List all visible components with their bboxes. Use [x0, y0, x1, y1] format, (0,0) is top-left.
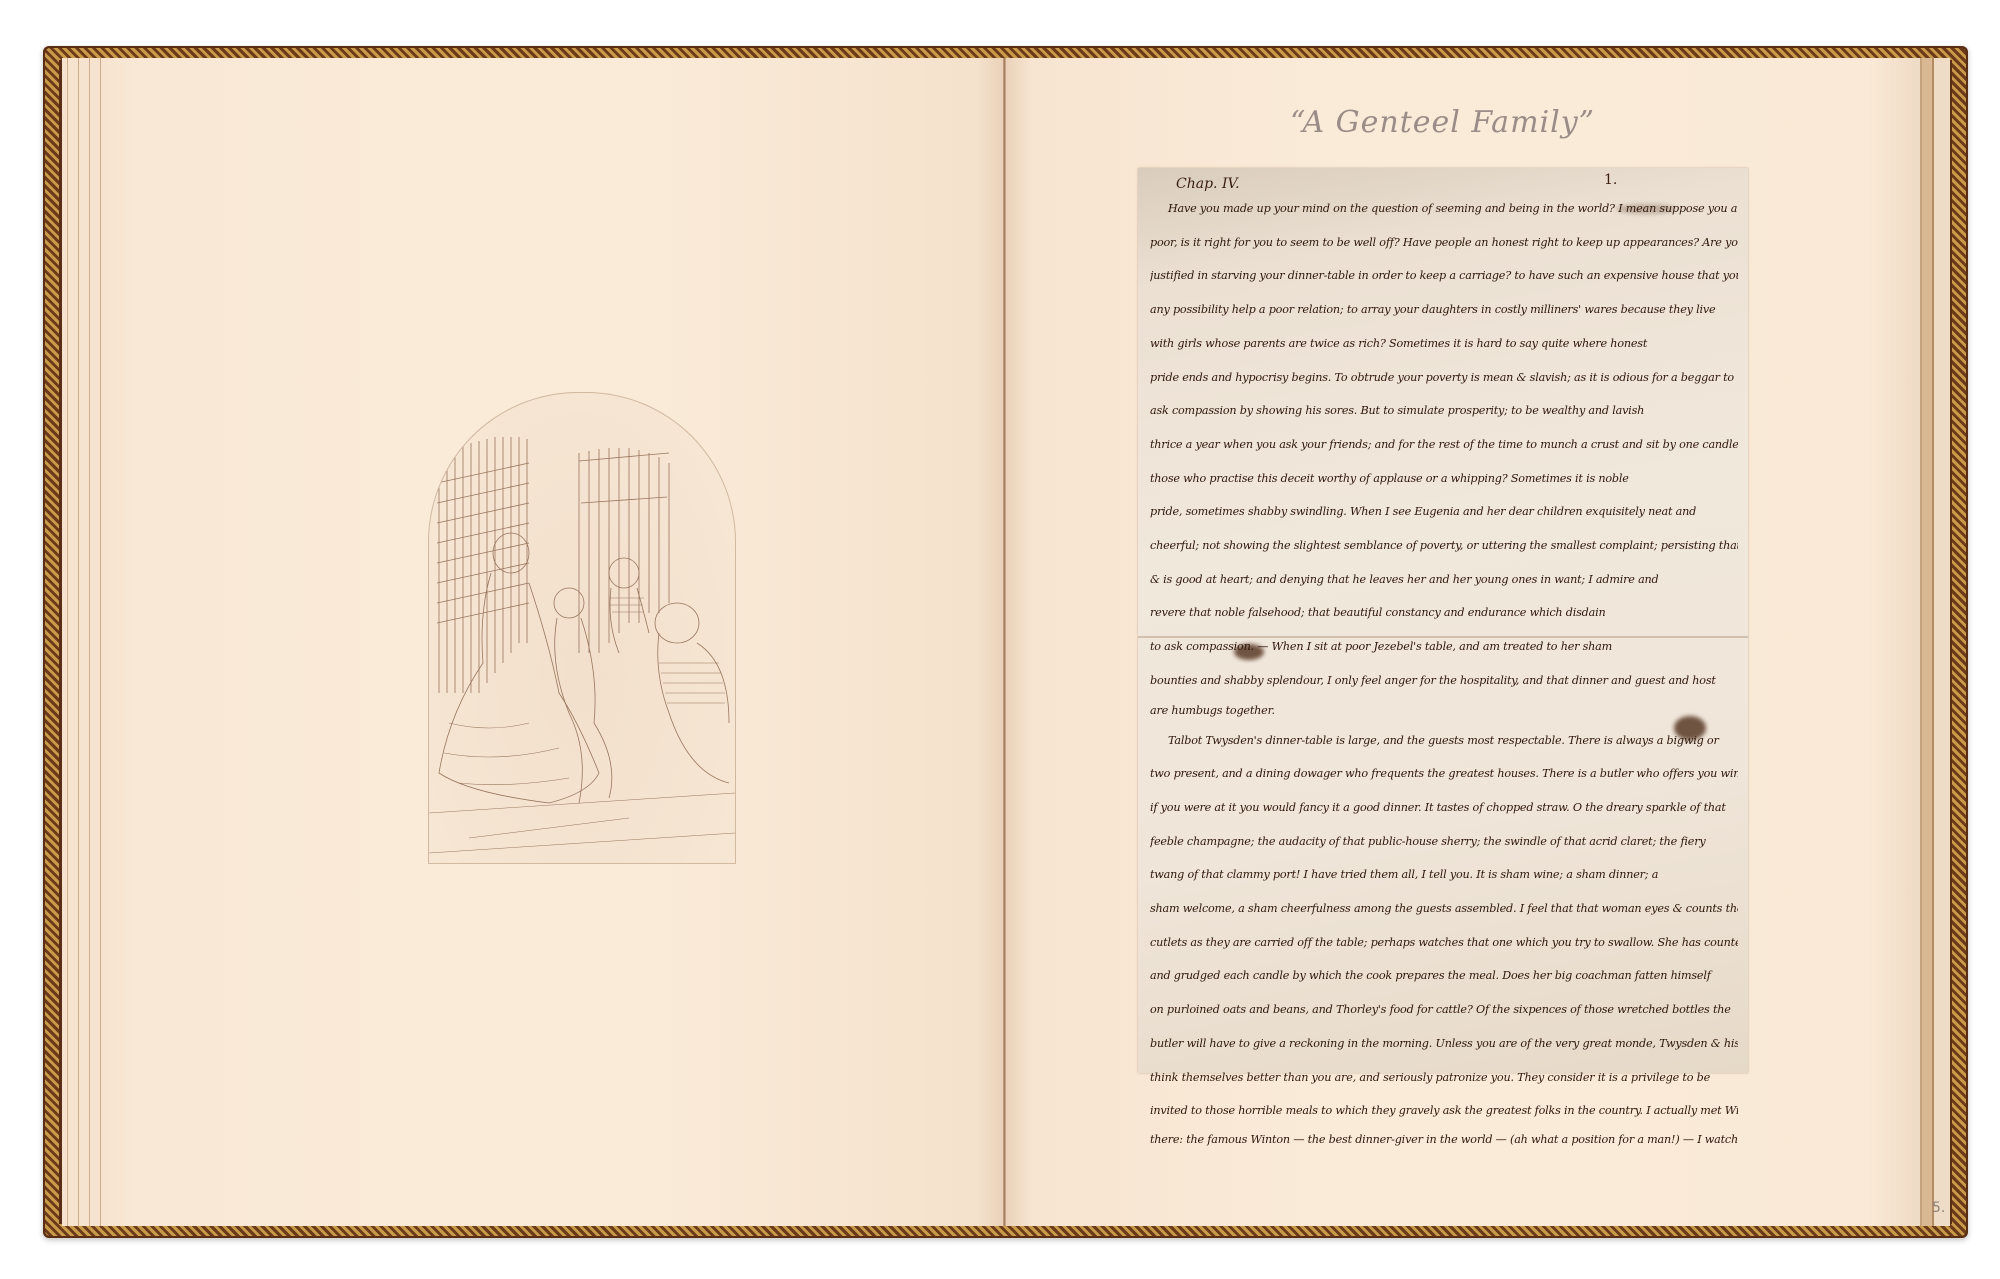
manuscript-line: pride, sometimes shabby swindling. When …	[1150, 495, 1738, 529]
chapter-heading: Chap. IV.	[1176, 176, 1240, 192]
manuscript-line: revere that noble falsehood; that beauti…	[1150, 596, 1738, 630]
manuscript-line: bounties and shabby splendour, I only fe…	[1150, 664, 1738, 698]
manuscript-line: cutlets as they are carried off the tabl…	[1150, 926, 1738, 960]
manuscript-line: ask compassion by showing his sores. But…	[1150, 394, 1738, 428]
manuscript-line: thrice a year when you ask your friends;…	[1150, 428, 1738, 462]
manuscript-line: Have you made up your mind on the questi…	[1150, 192, 1738, 226]
manuscript-line: there: the famous Winton — the best dinn…	[1150, 1128, 1738, 1152]
manuscript-line: pride ends and hypocrisy begins. To obtr…	[1150, 361, 1738, 395]
book-gutter	[1003, 58, 1006, 1226]
manuscript-text: Have you made up your mind on the questi…	[1150, 192, 1738, 1152]
manuscript-line: sham welcome, a sham cheerfulness among …	[1150, 892, 1738, 926]
manuscript-line: Talbot Twysden's dinner-table is large, …	[1150, 724, 1738, 758]
manuscript-line: with girls whose parents are twice as ri…	[1150, 327, 1738, 361]
manuscript-line: if you were at it you would fancy it a g…	[1150, 791, 1738, 825]
illustration-sketch	[428, 392, 736, 864]
manuscript-line: justified in starving your dinner-table …	[1150, 259, 1738, 293]
page-number: 5.	[1932, 1200, 1945, 1216]
right-fore-edge	[1912, 58, 1950, 1226]
manuscript-line: any possibility help a poor relation; to…	[1150, 293, 1738, 327]
manuscript-line: & is good at heart; and denying that he …	[1150, 563, 1738, 597]
manuscript-leaf: Chap. IV. 1. Have you made up your mind …	[1138, 168, 1748, 1073]
manuscript-line: poor, is it right for you to seem to be …	[1150, 226, 1738, 260]
manuscript-line: feeble champagne; the audacity of that p…	[1150, 825, 1738, 859]
manuscript-line: are humbugs together.	[1150, 698, 1738, 724]
manuscript-line: twang of that clammy port! I have tried …	[1150, 858, 1738, 892]
manuscript-line: think themselves better than you are, an…	[1150, 1061, 1738, 1095]
manuscript-line: to ask compassion. — When I sit at poor …	[1150, 630, 1738, 664]
left-fore-edge	[62, 58, 102, 1226]
manuscript-line: cheerful; not showing the slightest semb…	[1150, 529, 1738, 563]
manuscript-line: butler will have to give a reckoning in …	[1150, 1027, 1738, 1061]
manuscript-line: on purloined oats and beans, and Thorley…	[1150, 993, 1738, 1027]
manuscript-line: those who practise this deceit worthy of…	[1150, 462, 1738, 496]
manuscript-line: and grudged each candle by which the coo…	[1150, 959, 1738, 993]
manuscript-line: two present, and a dining dowager who fr…	[1150, 757, 1738, 791]
pencil-title-annotation: “A Genteel Family”	[1290, 105, 1595, 140]
folio-number: 1.	[1604, 172, 1617, 188]
manuscript-line: invited to those horrible meals to which…	[1150, 1094, 1738, 1128]
family-sketch-drawing	[429, 393, 735, 863]
